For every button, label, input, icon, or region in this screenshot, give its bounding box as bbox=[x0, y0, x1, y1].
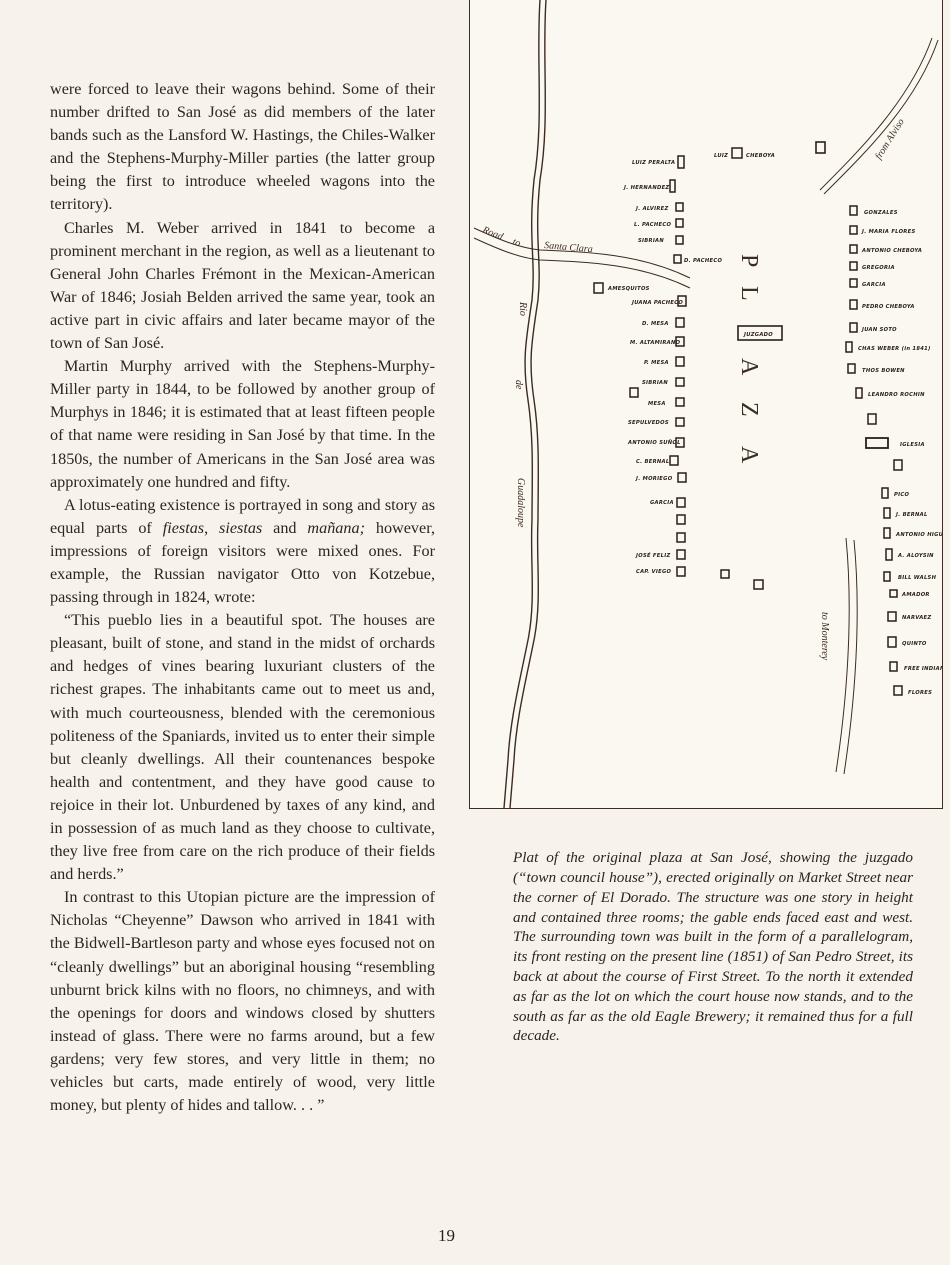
lot-label: PEDRO CHEBOYA bbox=[862, 304, 915, 310]
lot-marker bbox=[890, 590, 897, 597]
lot-marker bbox=[676, 357, 684, 366]
road-alviso bbox=[820, 38, 938, 194]
plaza-plat-drawing: Road to Santa Clara Rio de Guadaloupe fr… bbox=[470, 0, 942, 808]
plaza-map: Road to Santa Clara Rio de Guadaloupe fr… bbox=[469, 0, 943, 809]
lot-label: ANTONIO SUÑOL bbox=[627, 439, 681, 446]
page-number: 19 bbox=[0, 1226, 893, 1246]
lot-marker bbox=[676, 378, 684, 386]
lot-marker bbox=[678, 473, 686, 482]
lot-marker bbox=[850, 206, 857, 215]
lot-marker bbox=[884, 528, 890, 538]
lot-label: AMADOR bbox=[901, 592, 930, 598]
lot-marker bbox=[676, 418, 684, 426]
lot-label: J. ALVIREZ bbox=[635, 206, 669, 212]
river-label: Rio bbox=[517, 301, 528, 316]
lot-label: J. HERNANDEZ bbox=[623, 185, 670, 191]
lot-label: LUIZ bbox=[714, 153, 728, 159]
lot-label: LEANDRO ROCHIN bbox=[868, 392, 925, 398]
lot-label: A. ALOYSIN bbox=[897, 553, 934, 559]
lot-marker bbox=[850, 323, 857, 332]
lot-marker bbox=[894, 686, 902, 695]
lot-marker bbox=[676, 236, 683, 244]
lot-label: J. BERNAL bbox=[895, 512, 928, 518]
plaza-letter: Z bbox=[736, 402, 762, 417]
paragraph-1: were forced to leave their wagons behind… bbox=[50, 78, 435, 217]
lot-marker bbox=[816, 142, 825, 153]
river-guadaloupe bbox=[504, 0, 546, 808]
lot-marker bbox=[888, 637, 896, 647]
lot-marker bbox=[677, 567, 685, 576]
lot-marker bbox=[676, 219, 683, 227]
lot-marker bbox=[677, 498, 685, 507]
lot-label: QUINTO bbox=[902, 641, 927, 647]
lot-marker bbox=[846, 342, 852, 352]
lot-label: CAP. VIEGO bbox=[636, 569, 672, 575]
lot-marker bbox=[884, 508, 890, 518]
lot-label: CHEBOYA bbox=[746, 153, 775, 159]
quotation-paragraph: “This pueblo lies in a beautiful spot. T… bbox=[50, 609, 435, 886]
lot-marker bbox=[670, 180, 675, 192]
map-caption: Plat of the original plaza at San José, … bbox=[513, 848, 913, 1046]
lot-label: SEPULVEDOS bbox=[628, 420, 669, 426]
lot-label: J. MARIA FLORES bbox=[861, 229, 915, 235]
body-text-column: were forced to leave their wagons behind… bbox=[50, 78, 435, 1117]
lot-label: D. PACHECO bbox=[684, 258, 722, 264]
road-monterey bbox=[836, 538, 857, 774]
lot-marker bbox=[674, 255, 681, 263]
lot-label: NARVAEZ bbox=[902, 615, 931, 621]
lot-label: P. MESA bbox=[644, 360, 669, 366]
lot-label: J. MORIEGO bbox=[635, 476, 673, 482]
lot-label: SIBRIAN bbox=[642, 380, 668, 386]
lot-label: JUAN SOTO bbox=[861, 327, 897, 333]
italic-term: siestas bbox=[219, 519, 262, 537]
road-santa-clara bbox=[474, 228, 690, 288]
lot-marker bbox=[886, 549, 892, 560]
lot-label: AMESQUITOS bbox=[607, 286, 650, 292]
plaza-letter: A bbox=[736, 446, 762, 464]
lot-label: FREE INDIAN bbox=[904, 666, 942, 672]
lot-label: GONZALES bbox=[864, 210, 898, 216]
lot-marker bbox=[882, 488, 888, 498]
italic-term: mañana; bbox=[307, 519, 365, 537]
text-run: and bbox=[262, 519, 307, 537]
paragraph-6: In contrast to this Utopian picture are … bbox=[50, 886, 435, 1117]
plaza-letter: L bbox=[736, 286, 762, 301]
paragraph-2: Charles M. Weber arrived in 1841 to beco… bbox=[50, 217, 435, 356]
juzgado-label: JUZGADO bbox=[743, 332, 773, 338]
lot-marker bbox=[721, 570, 729, 578]
road-label: to bbox=[511, 236, 522, 249]
lot-marker bbox=[848, 364, 855, 373]
plaza-letter: A bbox=[736, 358, 762, 376]
lot-label: LUIZ PERALTA bbox=[632, 160, 675, 166]
lot-label: SIBRIAN bbox=[638, 238, 664, 244]
lot-marker bbox=[670, 456, 678, 465]
lot-label: ANTONIO CHEBOYA bbox=[861, 248, 922, 254]
lot-label: L. PACHECO bbox=[634, 222, 671, 228]
lot-label: M. ALTAMIRANO bbox=[630, 340, 681, 346]
text-run: , bbox=[204, 519, 219, 537]
lot-marker bbox=[894, 460, 902, 470]
lot-marker bbox=[630, 388, 638, 397]
lot-marker bbox=[594, 283, 603, 293]
plaza-letter: P bbox=[736, 254, 762, 267]
church-building bbox=[866, 438, 888, 448]
lot-label: ANTONIO HIGUER bbox=[895, 532, 942, 538]
paragraph-4: A lotus-eating existence is portrayed in… bbox=[50, 494, 435, 609]
lot-label: IGLESIA bbox=[900, 442, 925, 448]
lot-marker bbox=[732, 148, 742, 158]
lot-marker bbox=[868, 414, 876, 424]
lot-label: CHAS WEBER (in 1841) bbox=[858, 346, 931, 352]
lot-marker bbox=[850, 300, 857, 309]
lot-marker bbox=[677, 550, 685, 559]
lot-label: GARCIA bbox=[650, 500, 674, 506]
lot-marker bbox=[754, 580, 763, 589]
lot-label: PICO bbox=[894, 492, 909, 498]
lot-marker bbox=[676, 203, 683, 211]
road-label: to Monterey bbox=[819, 612, 830, 661]
river-label: Guadaloupe bbox=[515, 478, 526, 528]
lot-label: GARCIA bbox=[862, 282, 886, 288]
lot-marker bbox=[884, 572, 890, 581]
lot-label: GREGORIA bbox=[862, 265, 895, 271]
lot-marker bbox=[890, 662, 897, 671]
lot-label: D. MESA bbox=[642, 321, 669, 327]
lot-label: THOS BOWEN bbox=[862, 368, 905, 374]
east-lots: GONZALES J. MARIA FLORES ANTONIO CHEBOYA… bbox=[846, 206, 942, 696]
lot-marker bbox=[678, 156, 684, 168]
paragraph-3: Martin Murphy arrived with the Stephens-… bbox=[50, 355, 435, 494]
italic-term: fiestas bbox=[163, 519, 204, 537]
lot-marker bbox=[676, 398, 684, 406]
lot-marker bbox=[676, 318, 684, 327]
road-label: Santa Clara bbox=[544, 240, 593, 255]
lot-marker bbox=[856, 388, 862, 398]
lot-label: C. BERNAL bbox=[636, 459, 669, 465]
lot-marker bbox=[677, 533, 685, 542]
lot-marker bbox=[850, 262, 857, 270]
lot-marker bbox=[850, 245, 857, 253]
lot-marker bbox=[888, 612, 896, 621]
lot-marker bbox=[677, 515, 685, 524]
lot-label: BILL WALSH bbox=[898, 575, 937, 581]
lot-label: FLORES bbox=[908, 690, 932, 696]
lot-label: JUANA PACHECO bbox=[631, 300, 683, 306]
lot-marker bbox=[850, 279, 857, 287]
river-label: de bbox=[513, 380, 524, 390]
lot-marker bbox=[850, 226, 857, 234]
lot-label: MESA bbox=[648, 401, 666, 407]
lot-label: JOSÉ FELIZ bbox=[635, 551, 671, 559]
